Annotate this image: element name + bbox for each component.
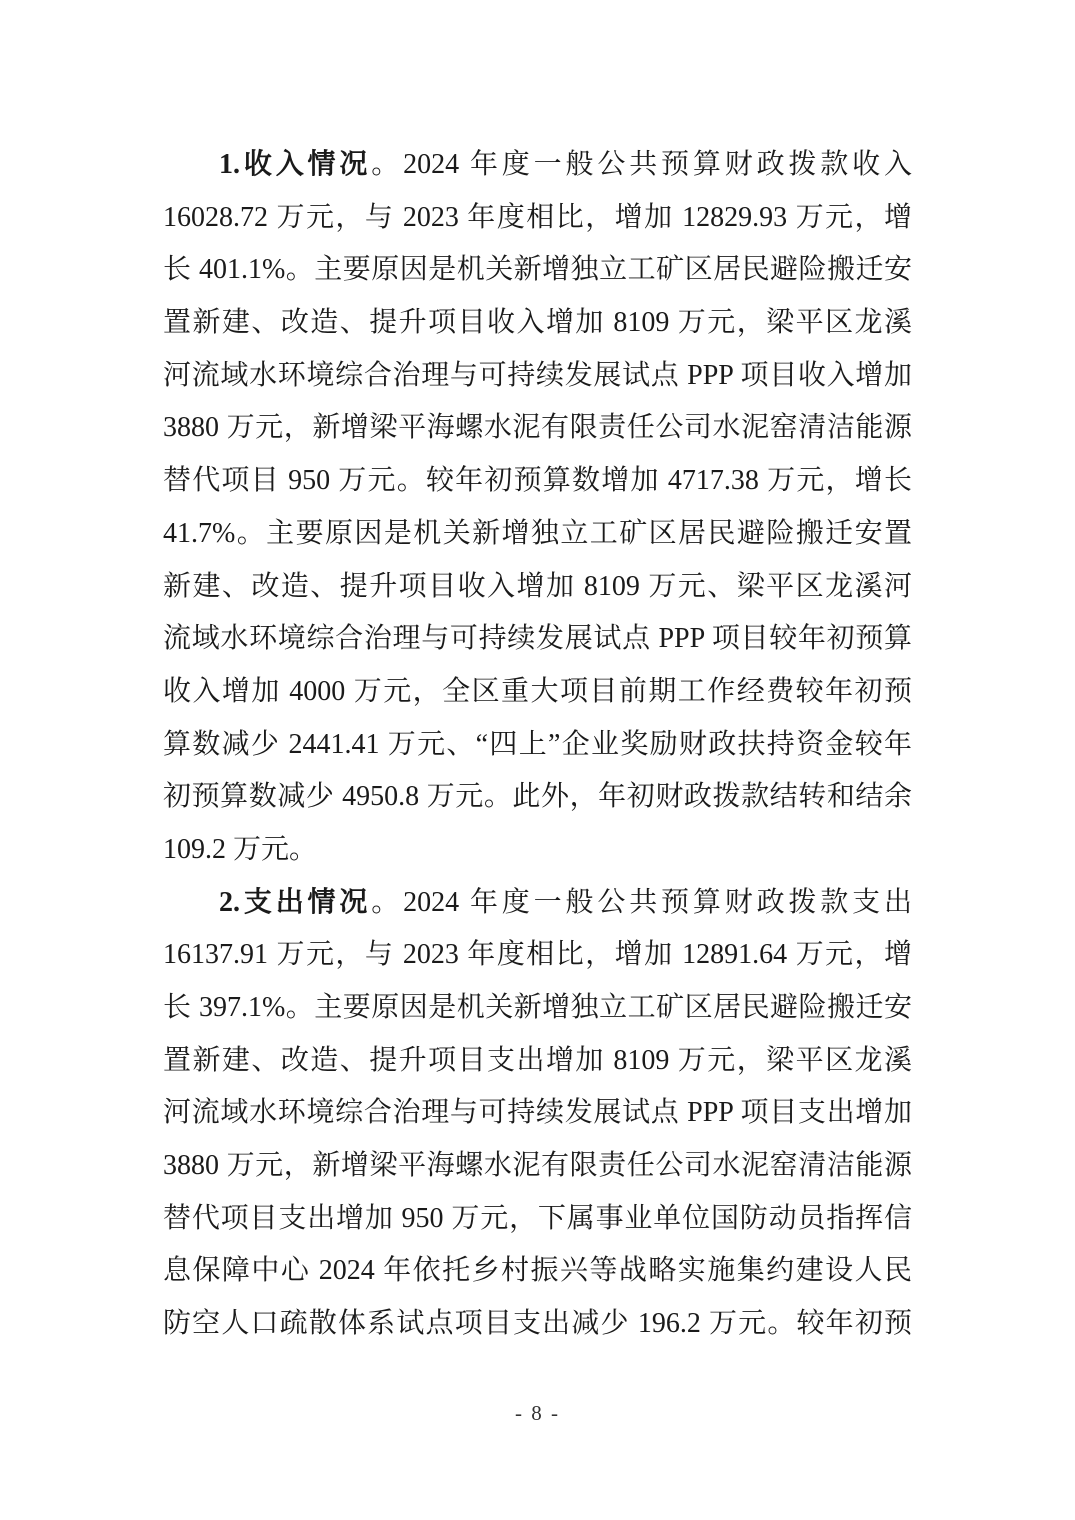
page-footer: - 8 - bbox=[0, 1398, 1075, 1428]
paragraph-expenditure-first-line: 2.支出情况。2024 年度一般公共预算财政拨款支出 bbox=[163, 877, 912, 930]
text-line: 替代项目支出增加 950 万元，下属事业单位国防动员指挥信 bbox=[163, 1193, 912, 1246]
text-line: 16028.72 万元，与 2023 年度相比，增加 12829.93 万元，增 bbox=[163, 192, 912, 245]
text-run: 2024 年度一般公共预算财政拨款收入 bbox=[403, 149, 912, 180]
text-line: 替代项目 950 万元。较年初预算数增加 4717.38 万元，增长 bbox=[163, 455, 912, 508]
document-page: 1.收入情况。2024 年度一般公共预算财政拨款收入 16028.72 万元，与… bbox=[0, 0, 1075, 1520]
heading-punctuation: 。 bbox=[371, 149, 403, 180]
heading-punctuation: 。 bbox=[371, 887, 403, 918]
text-line: 16137.91 万元，与 2023 年度相比，增加 12891.64 万元，增 bbox=[163, 929, 912, 982]
text-line: 新建、改造、提升项目收入增加 8109 万元、梁平区龙溪河 bbox=[163, 561, 912, 614]
text-line: 初预算数减少 4950.8 万元。此外，年初财政拨款结转和结余 bbox=[163, 771, 912, 824]
text-line: 109.2 万元。 bbox=[163, 824, 912, 877]
section-heading-income: 1.收入情况 bbox=[219, 149, 371, 180]
text-line: 长 401.1%。主要原因是机关新增独立工矿区居民避险搬迁安 bbox=[163, 244, 912, 297]
text-line: 收入增加 4000 万元，全区重大项目前期工作经费较年初预 bbox=[163, 666, 912, 719]
text-line: 防空人口疏散体系试点项目支出减少 196.2 万元。较年初预 bbox=[163, 1298, 912, 1351]
document-body: 1.收入情况。2024 年度一般公共预算财政拨款收入 16028.72 万元，与… bbox=[163, 139, 912, 1351]
page-number: - 8 - bbox=[515, 1401, 560, 1425]
text-line: 3880 万元，新增梁平海螺水泥有限责任公司水泥窑清洁能源 bbox=[163, 1140, 912, 1193]
text-line: 3880 万元，新增梁平海螺水泥有限责任公司水泥窑清洁能源 bbox=[163, 402, 912, 455]
section-heading-expenditure: 2.支出情况 bbox=[219, 887, 371, 918]
text-run: 2024 年度一般公共预算财政拨款支出 bbox=[403, 887, 912, 918]
text-line: 长 397.1%。主要原因是机关新增独立工矿区居民避险搬迁安 bbox=[163, 982, 912, 1035]
text-line: 41.7%。主要原因是机关新增独立工矿区居民避险搬迁安置 bbox=[163, 508, 912, 561]
text-line: 算数减少 2441.41 万元、“四上”企业奖励财政扶持资金较年 bbox=[163, 719, 912, 772]
text-line: 河流域水环境综合治理与可持续发展试点 PPP 项目支出增加 bbox=[163, 1087, 912, 1140]
text-line: 息保障中心 2024 年依托乡村振兴等战略实施集约建设人民 bbox=[163, 1245, 912, 1298]
paragraph-income-first-line: 1.收入情况。2024 年度一般公共预算财政拨款收入 bbox=[163, 139, 912, 192]
text-line: 置新建、改造、提升项目收入增加 8109 万元，梁平区龙溪 bbox=[163, 297, 912, 350]
text-line: 流域水环境综合治理与可持续发展试点 PPP 项目较年初预算 bbox=[163, 613, 912, 666]
text-line: 河流域水环境综合治理与可持续发展试点 PPP 项目收入增加 bbox=[163, 350, 912, 403]
text-line: 置新建、改造、提升项目支出增加 8109 万元，梁平区龙溪 bbox=[163, 1035, 912, 1088]
